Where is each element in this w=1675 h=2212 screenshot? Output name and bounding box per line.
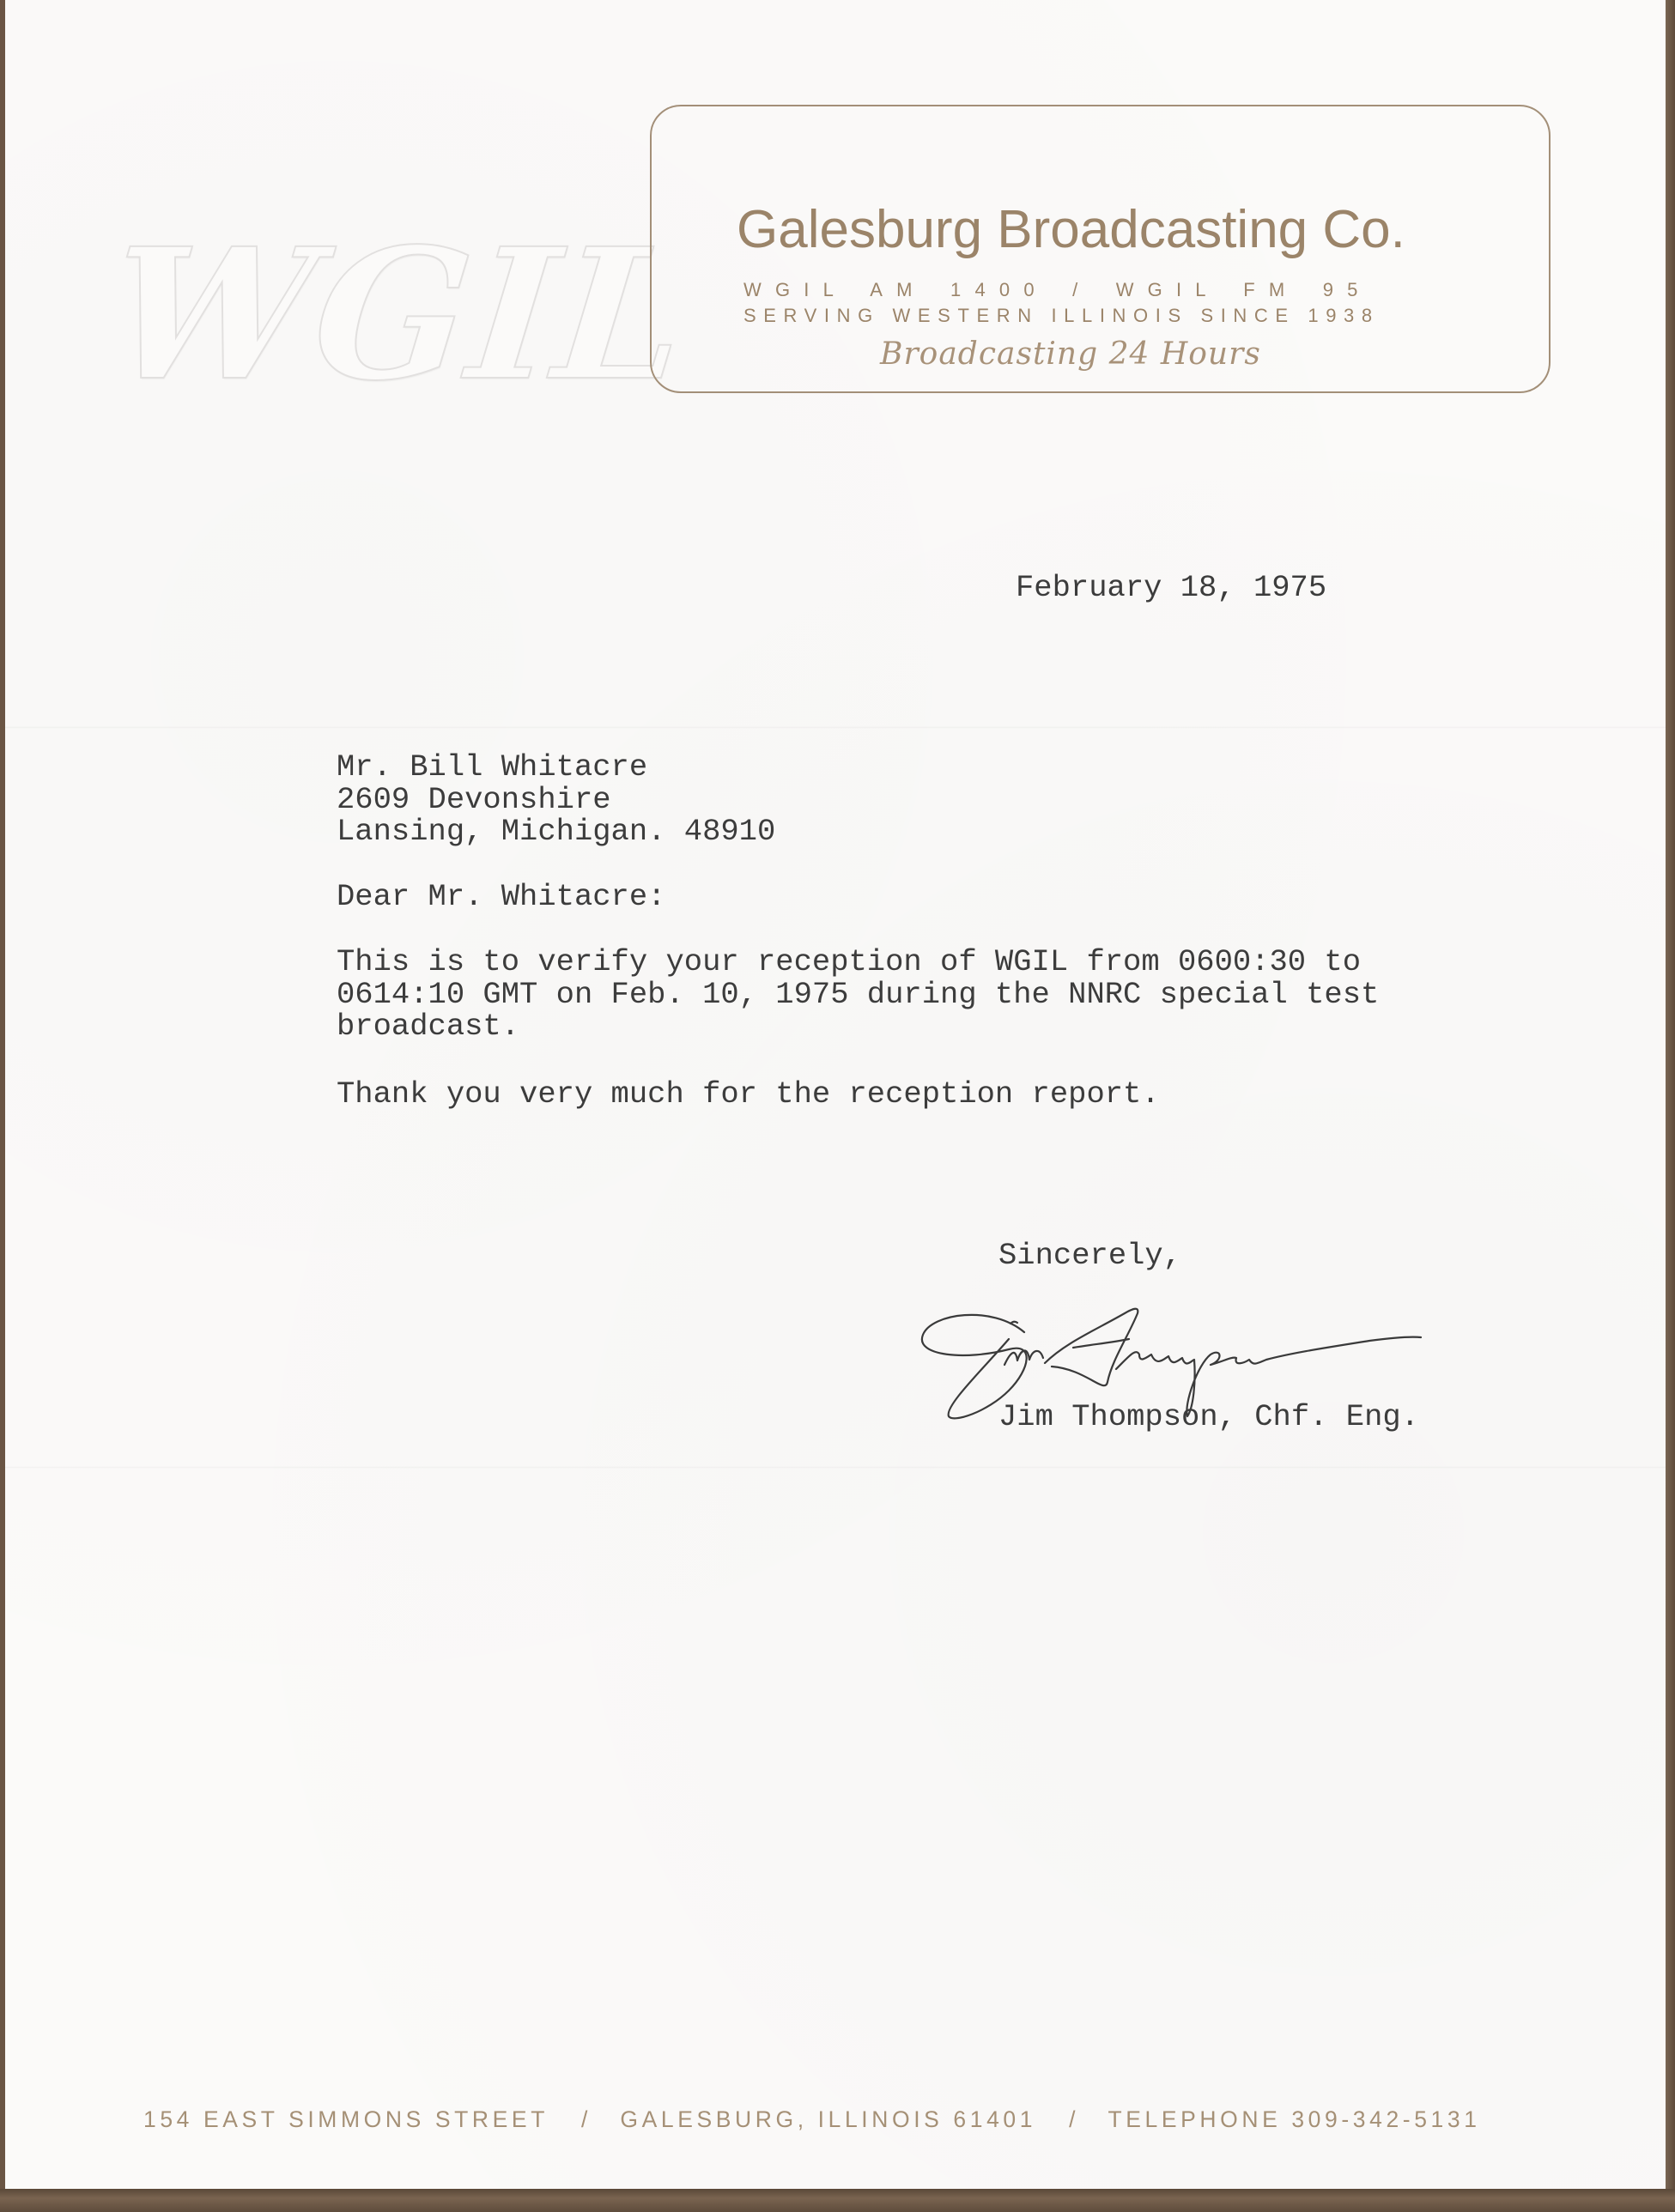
footer-street: 154 EAST SIMMONS STREET	[143, 2106, 549, 2132]
embossed-logo: WGIL	[102, 225, 695, 405]
footer-city: GALESBURG, ILLINOIS 61401	[620, 2106, 1036, 2132]
fold-crease	[5, 726, 1666, 729]
body-paragraph: This is to verify your reception of WGIL…	[337, 946, 1379, 1043]
body-paragraph: Thank you very much for the reception re…	[337, 1078, 1160, 1111]
page-edge-right	[1666, 0, 1675, 2212]
fold-crease	[5, 1466, 1666, 1469]
footer-separator: /	[581, 2106, 587, 2133]
company-slogan: Broadcasting 24 Hours	[880, 336, 1261, 372]
page-edge-bottom	[0, 2189, 1675, 2212]
company-tagline: SERVING WESTERN ILLINOIS SINCE 1938	[743, 305, 1380, 327]
company-name: Galesburg Broadcasting Co.	[737, 199, 1466, 260]
footer-separator: /	[1069, 2106, 1075, 2133]
footer-phone: TELEPHONE 309-342-5131	[1108, 2106, 1480, 2132]
station-frequencies: WGIL AM 1400 / WGIL FM 95	[743, 279, 1372, 301]
recipient-address: Mr. Bill Whitacre2609 DevonshireLansing,…	[337, 751, 775, 848]
recipient-city: Lansing, Michigan. 48910	[337, 815, 775, 848]
letterhead-footer: 154 EAST SIMMONS STREET/GALESBURG, ILLIN…	[143, 2106, 1481, 2133]
recipient-name: Mr. Bill Whitacre	[337, 751, 775, 784]
salutation: Dear Mr. Whitacre:	[337, 881, 665, 913]
letter-date: February 18, 1975	[1016, 572, 1326, 604]
closing: Sincerely,	[998, 1239, 1181, 1272]
page-edge-left	[0, 0, 5, 2212]
recipient-street: 2609 Devonshire	[337, 784, 775, 816]
signer-name: Jim Thompson, Chf. Eng.	[998, 1401, 1419, 1433]
